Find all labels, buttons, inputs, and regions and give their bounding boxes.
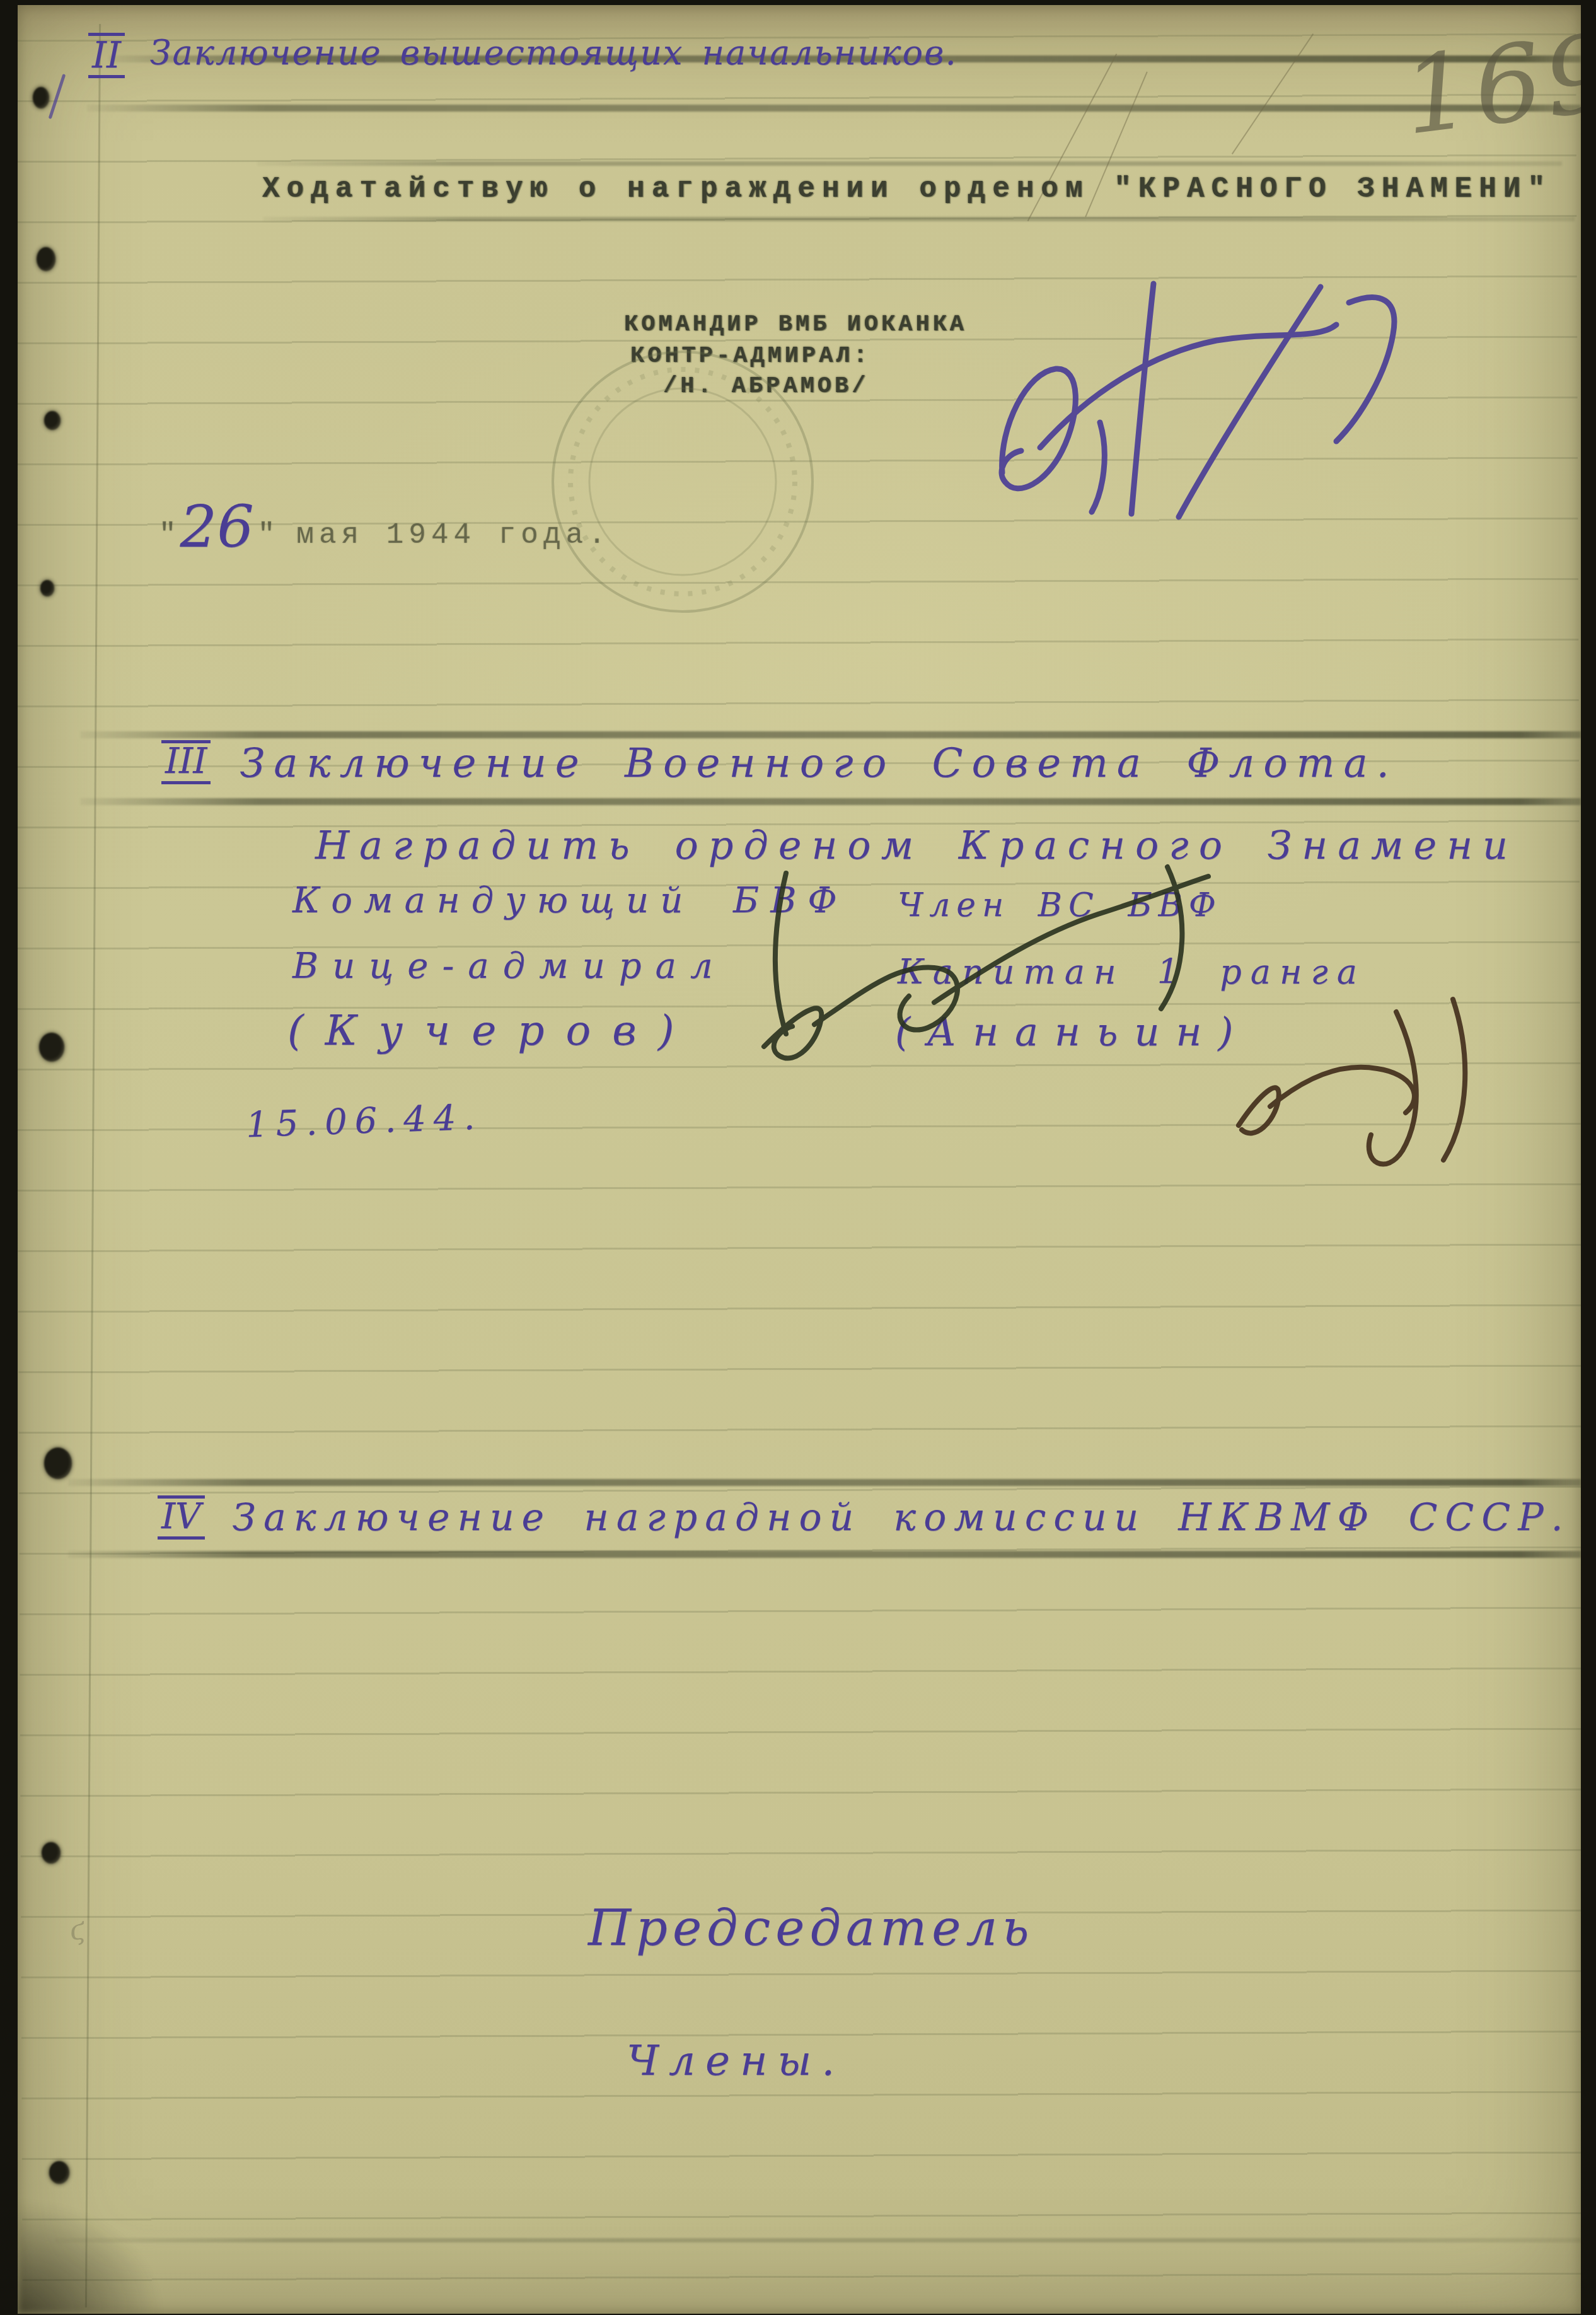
date-line: " 26 " мая 1944 года. xyxy=(159,489,611,557)
page-number-pencil: 169 xyxy=(1396,10,1581,159)
members-label: Члены. xyxy=(627,2036,845,2085)
kucherov-signature xyxy=(726,857,1243,1097)
chairman-label: Председатель xyxy=(588,1900,1034,1957)
commander-line-1: КОМАНДИР ВМБ ИОКАНКА xyxy=(624,311,967,338)
left-margin-line xyxy=(85,24,101,2307)
date-close-quote: " xyxy=(258,519,275,552)
section-ii-title: Заключение вышестоящих начальников. xyxy=(150,33,957,73)
punch-hole xyxy=(49,2161,69,2184)
left-name-line: (Кучеров) xyxy=(287,1006,695,1055)
scanned-document-page: { "page": { "number": "169" }, "colors":… xyxy=(0,0,1596,2315)
left-rank-line: Вице-адмирал xyxy=(292,946,727,987)
section-ii-heading: II Заключение вышестоящих начальников. xyxy=(88,33,957,78)
section-iv-heading: IV Заключение наградной комиссии НКВМФ С… xyxy=(158,1495,1571,1540)
heavy-rule xyxy=(87,105,1581,112)
medium-rule xyxy=(257,161,1562,166)
medium-rule xyxy=(263,217,1575,221)
punch-hole xyxy=(33,87,49,108)
section-iii-heading: III Заключение Военного Совета Флота. xyxy=(161,740,1398,787)
heavy-rule xyxy=(81,731,1581,738)
punch-hole xyxy=(44,411,61,430)
punch-hole xyxy=(39,1033,64,1062)
heavy-rule xyxy=(68,1551,1581,1558)
section-iii-marker: III xyxy=(161,740,211,784)
date-day-handwritten: 26 xyxy=(180,493,254,560)
punch-hole xyxy=(37,247,55,271)
section-iv-title: Заключение наградной комиссии НКВМФ СССР… xyxy=(233,1495,1571,1540)
scratch-mark xyxy=(1232,33,1314,154)
round-seal-stamp xyxy=(535,343,831,620)
punch-hole xyxy=(40,580,54,596)
date-typed-text: мая 1944 года. xyxy=(296,519,610,552)
heavy-rule xyxy=(68,1479,1581,1486)
section-ii-marker: II xyxy=(88,33,125,78)
medium-rule xyxy=(55,2238,1581,2242)
heavy-rule xyxy=(81,798,1581,805)
paper-sheet: ϛ 169 II Заключение вышестоящих начальни… xyxy=(18,5,1581,2314)
corner-shadow xyxy=(18,2200,163,2314)
ananin-signature xyxy=(1210,977,1488,1173)
section-iii-title: Заключение Военного Совета Флота. xyxy=(240,740,1398,787)
punch-hole xyxy=(44,1448,72,1479)
stray-pencil-mark: ϛ xyxy=(67,1913,88,1947)
punch-hole xyxy=(42,1842,61,1864)
stray-ink-mark xyxy=(49,74,66,119)
petition-stamp-line: Ходатайствую о награждении орденом "КРАС… xyxy=(262,173,1552,206)
abramov-signature xyxy=(945,265,1450,523)
council-date-line: 15.06.44. xyxy=(245,1096,483,1146)
section-iv-marker: IV xyxy=(158,1495,205,1540)
date-open-quote: " xyxy=(159,519,176,552)
